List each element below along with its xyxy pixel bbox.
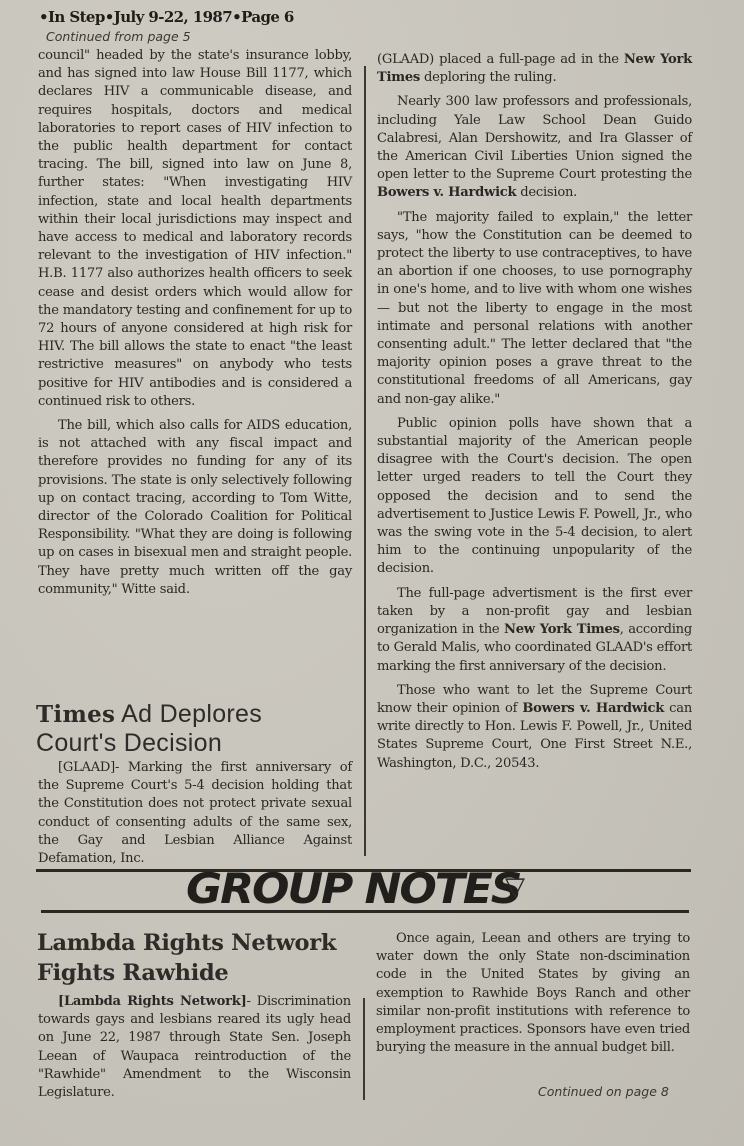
section-rule-bottom	[41, 910, 689, 913]
article-paragraph: [Lambda Rights Network]- Discrimination …	[38, 993, 351, 1102]
newspaper-page: •In Step•July 9-22, 1987•Page 6 Continue…	[0, 0, 744, 1146]
article-paragraph: council" headed by the state's insurance…	[38, 47, 352, 411]
column-divider	[363, 998, 365, 1100]
article-paragraph: The full-page advertisment is the first …	[377, 585, 692, 676]
article-continuation-column: council" headed by the state's insurance…	[38, 47, 352, 605]
article-paragraph: "The majority failed to explain," the le…	[377, 209, 692, 409]
lambda-headline: Lambda Rights Network Fights Rawhide	[37, 928, 336, 988]
lambda-article-right: Once again, Leean and others are trying …	[376, 930, 690, 1063]
headline-line-2: Court's Decision	[36, 729, 222, 757]
continued-from-label: Continued from page 5	[46, 29, 191, 44]
article-paragraph: Nearly 300 law professors and profession…	[377, 93, 692, 202]
section-title-group-notes: GROUP NOTES	[186, 866, 520, 912]
article-paragraph: (GLAAD) placed a full-page ad in the New…	[377, 51, 692, 87]
triangle-down-outline-icon: ▽	[505, 872, 525, 902]
article-paragraph: Public opinion polls have shown that a s…	[377, 415, 692, 579]
lambda-article-left: [Lambda Rights Network]- Discrimination …	[38, 993, 351, 1108]
page-folio: •In Step•July 9-22, 1987•Page 6	[39, 8, 294, 26]
article-paragraph: [GLAAD]- Marking the first anniversary o…	[38, 759, 352, 868]
glaad-article-left: [GLAAD]- Marking the first anniversary o…	[38, 759, 352, 874]
headline-bold-word: Times	[36, 701, 115, 728]
times-ad-headline: Times Ad Deplores Court's Decision	[36, 700, 262, 758]
column-divider	[364, 66, 366, 856]
glaad-article-right: (GLAAD) placed a full-page ad in the New…	[377, 51, 692, 779]
article-paragraph: Those who want to let the Supreme Court …	[377, 682, 692, 773]
article-paragraph: The bill, which also calls for AIDS educ…	[38, 417, 352, 599]
article-paragraph: Once again, Leean and others are trying …	[376, 930, 690, 1057]
continued-on-label: Continued on page 8	[538, 1084, 669, 1099]
